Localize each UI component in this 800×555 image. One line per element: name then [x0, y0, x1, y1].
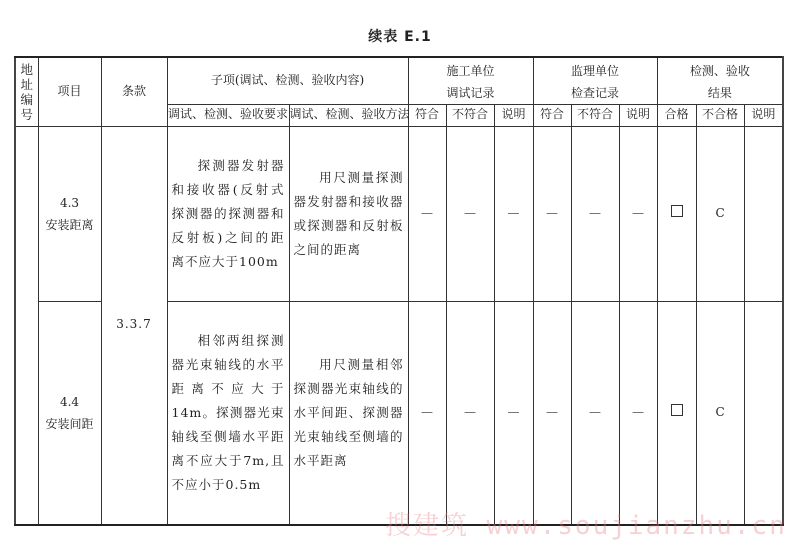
- address-no-cell: [15, 126, 38, 525]
- supervision-note: —: [619, 126, 657, 301]
- qualified-checkbox[interactable]: [671, 205, 683, 217]
- header-item: 项目: [38, 57, 101, 126]
- requirement-text: 相邻两组探测器光束轴线的水平距离不应大于14m。探测器光束轴线至侧墙水平距离不应…: [172, 333, 285, 492]
- requirement-cell: 相邻两组探测器光束轴线的水平距离不应大于14m。探测器光束轴线至侧墙水平距离不应…: [167, 301, 289, 525]
- table-title: 续表 E.1: [0, 26, 800, 46]
- header-subitem: 子项(调试、检测、验收内容): [167, 57, 408, 104]
- supervision-conform: —: [533, 126, 571, 301]
- clause-cell: 3.3.7: [101, 126, 167, 525]
- method-text: 用尺测量相邻探测器光束轴线的水平间距、探测器光束轴线至侧墙的水平距离: [294, 357, 404, 468]
- header-result-line1: 检测、验收: [658, 59, 783, 83]
- header-construction-conform: 符合: [408, 104, 446, 126]
- header-result-qualified: 合格: [657, 104, 696, 126]
- header-construction-note: 说明: [494, 104, 533, 126]
- construction-note: —: [494, 301, 533, 525]
- header-supervision-line1: 监理单位: [534, 59, 657, 83]
- header-result: 检测、验收 结果: [657, 57, 783, 104]
- header-construction-line1: 施工单位: [409, 59, 533, 83]
- result-note: [744, 301, 783, 525]
- supervision-nonconform: —: [571, 126, 619, 301]
- result-unqualified: C: [696, 126, 744, 301]
- header-requirement: 调试、检测、验收要求: [167, 104, 289, 126]
- construction-note: —: [494, 126, 533, 301]
- item-name: 安装间距: [39, 413, 101, 435]
- header-supervision-line2: 检查记录: [534, 83, 657, 103]
- header-supervision-nonconform: 不符合: [571, 104, 619, 126]
- method-cell: 用尺测量探测器发射器和接收器或探测器和反射板之间的距离: [289, 126, 408, 301]
- construction-conform: —: [408, 126, 446, 301]
- header-result-note: 说明: [744, 104, 783, 126]
- header-construction-nonconform: 不符合: [446, 104, 494, 126]
- header-result-line2: 结果: [658, 83, 783, 103]
- requirement-cell: 探测器发射器和接收器(反射式探测器的探测器和反射板)之间的距离不应大于100m: [167, 126, 289, 301]
- item-cell: 4.4 安装间距: [38, 301, 101, 525]
- result-qualified-cell: [657, 301, 696, 525]
- supervision-nonconform: —: [571, 301, 619, 525]
- header-result-unqualified: 不合格: [696, 104, 744, 126]
- header-method: 调试、检测、验收方法: [289, 104, 408, 126]
- item-cell: 4.3 安装距离: [38, 126, 101, 301]
- inspection-record-table: 地址编号 项目 条款 子项(调试、检测、验收内容) 施工单位 调试记录 监理单位…: [14, 56, 784, 526]
- method-text: 用尺测量探测器发射器和接收器或探测器和反射板之间的距离: [294, 170, 404, 257]
- table-row: 4.3 安装距离 3.3.7 探测器发射器和接收器(反射式探测器的探测器和反射板…: [15, 126, 783, 301]
- requirement-text: 探测器发射器和接收器(反射式探测器的探测器和反射板)之间的距离不应大于100m: [172, 158, 285, 269]
- header-clause: 条款: [101, 57, 167, 126]
- result-unqualified: C: [696, 301, 744, 525]
- construction-nonconform: —: [446, 301, 494, 525]
- header-supervision: 监理单位 检查记录: [533, 57, 657, 104]
- header-row-1: 地址编号 项目 条款 子项(调试、检测、验收内容) 施工单位 调试记录 监理单位…: [15, 57, 783, 104]
- watermark: 搜建筑 www.soujianzhu.cn: [385, 505, 787, 542]
- method-cell: 用尺测量相邻探测器光束轴线的水平间距、探测器光束轴线至侧墙的水平距离: [289, 301, 408, 525]
- item-no: 4.4: [39, 391, 101, 413]
- header-supervision-conform: 符合: [533, 104, 571, 126]
- qualified-checkbox[interactable]: [671, 404, 683, 416]
- supervision-conform: —: [533, 301, 571, 525]
- item-no: 4.3: [39, 192, 101, 214]
- header-address-no: 地址编号: [15, 57, 38, 126]
- supervision-note: —: [619, 301, 657, 525]
- construction-conform: —: [408, 301, 446, 525]
- result-note: [744, 126, 783, 301]
- header-construction: 施工单位 调试记录: [408, 57, 533, 104]
- item-name: 安装距离: [39, 214, 101, 236]
- header-construction-line2: 调试记录: [409, 83, 533, 103]
- header-supervision-note: 说明: [619, 104, 657, 126]
- result-qualified-cell: [657, 126, 696, 301]
- construction-nonconform: —: [446, 126, 494, 301]
